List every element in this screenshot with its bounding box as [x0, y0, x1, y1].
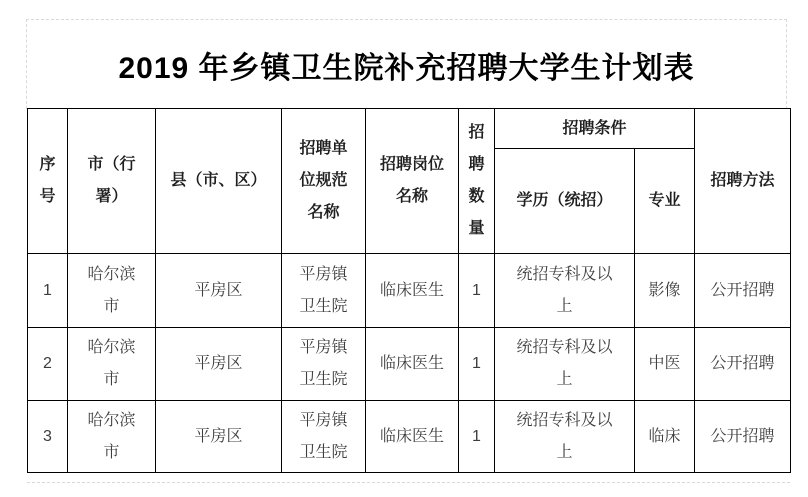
header-cell-unit: 招聘单位规范名称 — [282, 109, 366, 254]
table-row: 1 哈尔滨市 平房区 平房镇卫生院 临床医生 1 统招专科及以上 影像 公开招聘 — [28, 254, 791, 328]
cell-position: 临床医生 — [366, 328, 459, 401]
cell-county: 平房区 — [156, 401, 282, 473]
faint-gridline — [27, 482, 790, 483]
cell-quantity: 1 — [459, 328, 495, 401]
recruitment-plan-table: 序号 市（行署） 县（市、区） 招聘单位规范名称 招聘岗位名称 招聘数量 招聘条… — [27, 108, 791, 473]
cell-unit: 平房镇卫生院 — [282, 401, 366, 473]
cell-seq: 1 — [28, 254, 68, 328]
header-row-top: 序号 市（行署） 县（市、区） 招聘单位规范名称 招聘岗位名称 招聘数量 招聘条… — [28, 109, 791, 149]
cell-major: 临床 — [635, 401, 695, 473]
cell-major: 中医 — [635, 328, 695, 401]
header-cell-city: 市（行署） — [68, 109, 156, 254]
cell-quantity: 1 — [459, 254, 495, 328]
cell-education: 统招专科及以上 — [495, 254, 635, 328]
cell-seq: 2 — [28, 328, 68, 401]
header-cell-quantity: 招聘数量 — [459, 109, 495, 254]
header-cell-method: 招聘方法 — [695, 109, 791, 254]
cell-position: 临床医生 — [366, 254, 459, 328]
cell-seq: 3 — [28, 401, 68, 473]
cell-county: 平房区 — [156, 328, 282, 401]
page-title: 2019 年乡镇卫生院补充招聘大学生计划表 — [26, 19, 787, 109]
cell-unit: 平房镇卫生院 — [282, 254, 366, 328]
table-row: 2 哈尔滨市 平房区 平房镇卫生院 临床医生 1 统招专科及以上 中医 公开招聘 — [28, 328, 791, 401]
cell-city: 哈尔滨市 — [68, 328, 156, 401]
cell-education: 统招专科及以上 — [495, 401, 635, 473]
cell-position: 临床医生 — [366, 401, 459, 473]
cell-city: 哈尔滨市 — [68, 254, 156, 328]
document-page: 2019 年乡镇卫生院补充招聘大学生计划表 序号 市（行署） 县（市、区） 招聘… — [0, 0, 808, 497]
cell-method: 公开招聘 — [695, 401, 791, 473]
cell-city: 哈尔滨市 — [68, 401, 156, 473]
header-cell-county: 县（市、区） — [156, 109, 282, 254]
header-cell-conditions-group: 招聘条件 — [495, 109, 695, 149]
header-cell-major: 专业 — [635, 149, 695, 254]
header-cell-position: 招聘岗位名称 — [366, 109, 459, 254]
header-cell-education: 学历（统招） — [495, 149, 635, 254]
cell-major: 影像 — [635, 254, 695, 328]
cell-education: 统招专科及以上 — [495, 328, 635, 401]
cell-unit: 平房镇卫生院 — [282, 328, 366, 401]
cell-county: 平房区 — [156, 254, 282, 328]
cell-method: 公开招聘 — [695, 328, 791, 401]
cell-quantity: 1 — [459, 401, 495, 473]
table-row: 3 哈尔滨市 平房区 平房镇卫生院 临床医生 1 统招专科及以上 临床 公开招聘 — [28, 401, 791, 473]
header-cell-seq: 序号 — [28, 109, 68, 254]
cell-method: 公开招聘 — [695, 254, 791, 328]
